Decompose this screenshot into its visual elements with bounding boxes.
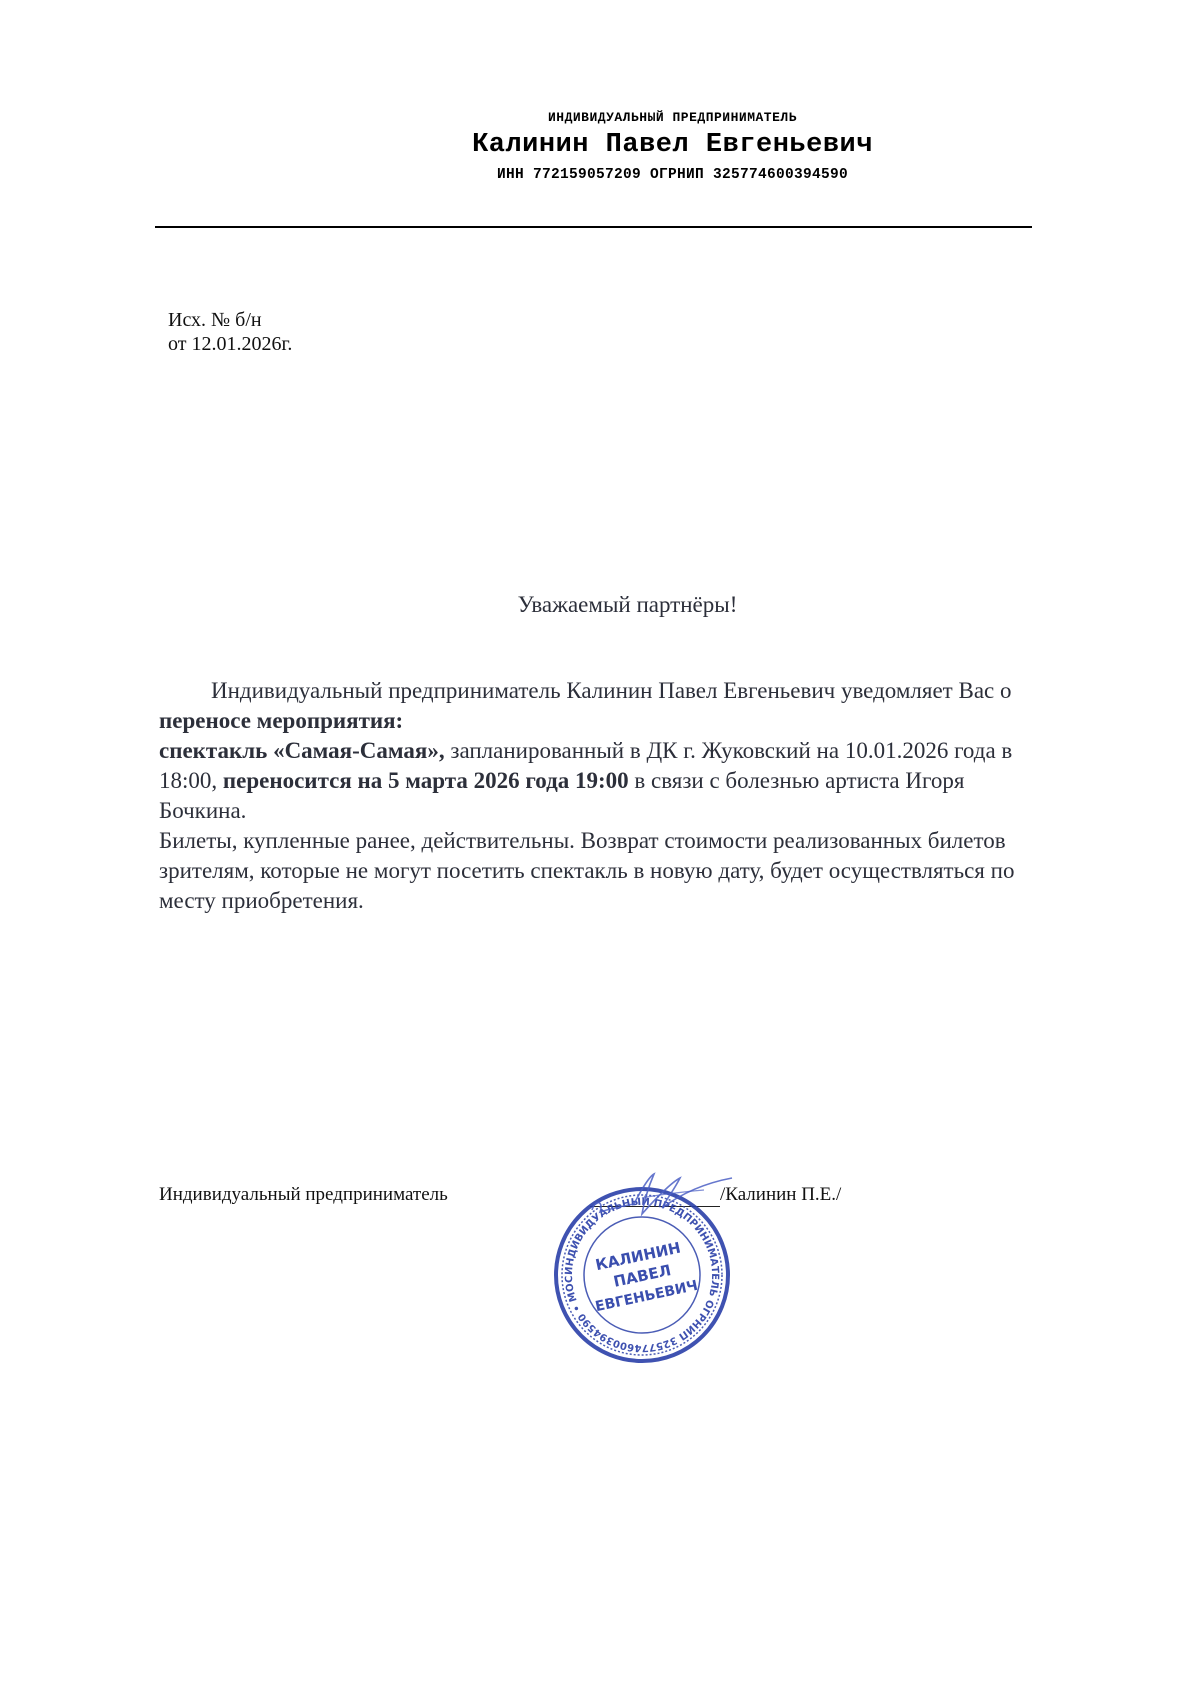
reference-number: Исх. № б/н	[168, 308, 292, 332]
reference-block: Исх. № б/н от 12.01.2026г.	[168, 308, 292, 356]
handwritten-signature-icon	[582, 1168, 742, 1228]
signature-role: Индивидуальный предприниматель	[159, 1184, 448, 1206]
new-date: переносится на 5 марта 2026 года 19:00	[223, 768, 629, 793]
letterhead-role: ИНДИВИДУАЛЬНЫЙ ПРЕДПРИНИМАТЕЛЬ	[155, 110, 1190, 125]
letterhead-divider	[155, 226, 1032, 228]
greeting: Уважаемый партнёры!	[155, 592, 1100, 618]
letter-body: Индивидуальный предприниматель Калинин П…	[159, 676, 1039, 916]
letterhead-ids: ИНН 772159057209 ОГРНИП 325774600394590	[155, 167, 1190, 183]
body-text-segment: Индивидуальный предприниматель Калинин П…	[211, 678, 1012, 703]
event-name: спектакль «Самая-Самая»,	[159, 738, 445, 763]
letterhead-name: Калинин Павел Евгеньевич	[155, 130, 1190, 160]
body-paragraph-2: Билеты, купленные ранее, действительны. …	[159, 826, 1039, 916]
reference-date: от 12.01.2026г.	[168, 332, 292, 356]
body-paragraph-1: Индивидуальный предприниматель Калинин П…	[159, 676, 1039, 826]
body-bold-segment: переносе мероприятия:	[159, 708, 403, 733]
